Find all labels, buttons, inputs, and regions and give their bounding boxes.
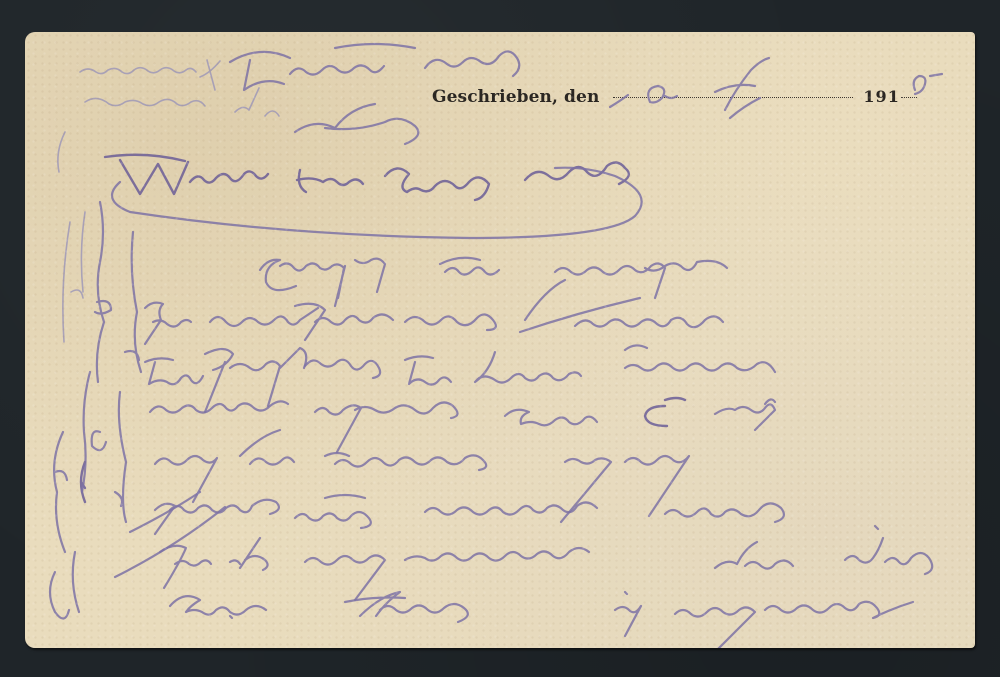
handwriting-strokes xyxy=(25,32,975,648)
header-line-1-ink xyxy=(80,44,519,90)
salutation-ink xyxy=(105,155,642,238)
date-ink xyxy=(610,58,942,118)
margin-note-ink xyxy=(50,132,225,619)
body-line-7-ink xyxy=(160,538,932,600)
body-line-3-ink xyxy=(145,345,775,412)
body-line-6-ink xyxy=(155,495,878,534)
postcard: Geschrieben, den 191 Feldpost Frankreich… xyxy=(25,32,975,648)
body-line-2-ink xyxy=(145,280,723,344)
body-line-4-ink xyxy=(150,398,775,452)
header-line-2-ink xyxy=(85,88,418,144)
body-line-8-ink xyxy=(170,592,913,648)
body-line-1-ink xyxy=(260,258,727,306)
body-line-5-ink xyxy=(155,430,689,522)
